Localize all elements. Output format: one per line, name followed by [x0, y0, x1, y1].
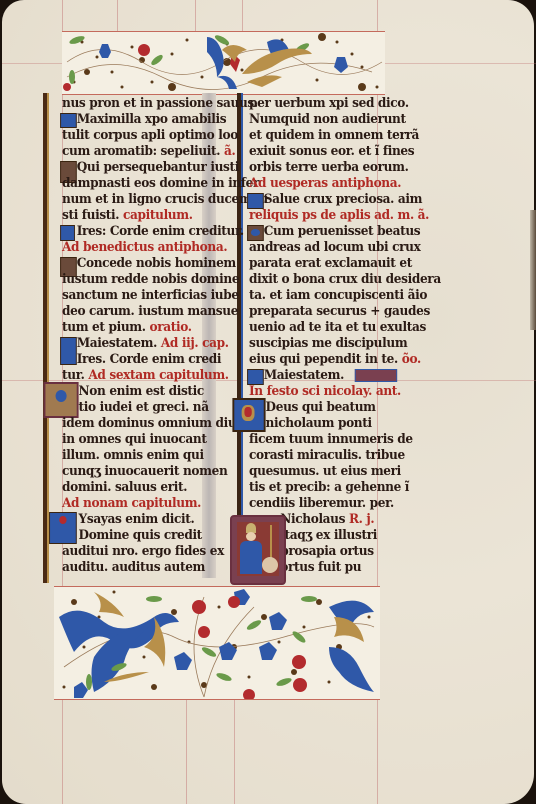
- line-filler: [355, 369, 397, 382]
- text-line: Maiestatem. Ad iij. cap.: [62, 336, 229, 351]
- text-line: tur. Ad sextam capitulum.: [62, 368, 229, 383]
- text-line: cendiis liberemur. per.: [249, 496, 394, 511]
- text-line: nicholaum ponti: [249, 416, 372, 431]
- text-line: Maximilla xpo amabilis: [62, 112, 226, 127]
- text-line: Cum peruenisset beatus: [249, 224, 420, 239]
- text-line: tis et precib: a gehenne ĩ: [249, 480, 409, 495]
- text-line: parata erat exclamauit et: [249, 256, 412, 271]
- historiated-initial-saint-nicholas: [230, 515, 286, 585]
- bishop-robe: [240, 541, 262, 574]
- text-line: illum. omnis enim qui: [62, 448, 204, 463]
- text-line: Ires. Corde enim credi: [62, 352, 221, 367]
- text-line: uenio ad te ita et tu exultas: [249, 320, 426, 335]
- text-line: cunqʒ inuocauerit nomen: [62, 464, 227, 479]
- rubric-line: Ad nonam capitulum.: [62, 496, 201, 511]
- decorated-initial-s: [247, 193, 264, 209]
- decorated-initial-m: [247, 369, 264, 385]
- text-line: Domine quis credit: [62, 528, 202, 543]
- text-line: in omnes qui inuocant: [62, 432, 207, 447]
- text-line: tio iudei et greci. nã: [62, 400, 209, 415]
- text-line: num et in ligno crucis ducem iu: [62, 192, 268, 207]
- text-line: corasti miraculis. tribue: [249, 448, 405, 463]
- bishop-face: [246, 532, 256, 541]
- text-line: idem dominus omnium diues: [62, 416, 250, 431]
- text-line: Ysayas enim dicit.: [62, 512, 194, 527]
- left-column-bar-gold: [47, 93, 49, 583]
- binding-shadow: [530, 210, 536, 330]
- text-line: eius qui pependit in te. õo.: [249, 352, 421, 367]
- text-line: quesumus. ut eius meri: [249, 464, 401, 479]
- ruling-line: [186, 700, 187, 804]
- text-line: ta. et iam concupiscenti ãio: [249, 288, 427, 303]
- left-text-column: nus pron et in passione sauus. Maximilla…: [62, 96, 207, 586]
- text-line: orbis terre uerba eorum.: [249, 160, 408, 175]
- text-line: et quidem in omnem terrã: [249, 128, 419, 143]
- text-line: auditu. auditus autem: [62, 560, 205, 575]
- text-line: Deus qui beatum: [249, 400, 376, 415]
- text-line: Numquid non audierunt: [249, 112, 406, 127]
- text-line: tulit corpus apli optimo loo: [62, 128, 238, 143]
- rubric-line: Ad uesperas antiphona.: [249, 176, 401, 191]
- text-line: auditui nro. ergo fides ex: [62, 544, 224, 559]
- rubric-line: In festo sci nicolay. ant.: [249, 384, 401, 399]
- text-line: exiuit sonus eor. et ĩ fines: [249, 144, 414, 159]
- text-line: andreas ad locum ubi crux: [249, 240, 421, 255]
- right-column-bar-blue: [241, 93, 243, 573]
- decorated-initial-m: [60, 113, 77, 128]
- ruling-line: [234, 700, 235, 804]
- manuscript-folio: nus pron et in passione sauus. Maximilla…: [2, 0, 534, 804]
- rubric-line: reliquis ps de aplis ad. m. ã.: [249, 208, 429, 223]
- decorated-initial-i: [60, 225, 75, 241]
- right-text-column: per uerbum xpi sed dico. Numquid non aud…: [249, 96, 394, 586]
- text-line: per uerbum xpi sed dico.: [249, 96, 409, 111]
- text-line: tum et pium. oratio.: [62, 320, 192, 335]
- text-line: cum aromatib: sepeliuit. ã.: [62, 144, 235, 159]
- text-line: Salue crux preciosa. aim: [249, 192, 422, 207]
- text-line: Concede nobis hominem: [62, 256, 236, 271]
- text-line: nus pron et in passione sauus.: [62, 96, 258, 111]
- floral-border-art: [54, 587, 380, 699]
- decorated-initial-c: [247, 225, 264, 241]
- text-line: iustum redde nobis domine: [62, 272, 239, 287]
- rubric-line: Ad benedictus antiphona.: [62, 240, 227, 255]
- top-floral-border: [62, 31, 385, 95]
- children-tub: [262, 557, 278, 573]
- text-line: Ires: Corde enim creditur.: [62, 224, 244, 239]
- bottom-floral-border: [54, 586, 380, 700]
- text-line: sti fuisti. capitulum.: [62, 208, 193, 223]
- text-line: dampnasti eos domine in infer: [62, 176, 259, 191]
- text-line: Non enim est distic: [62, 384, 204, 399]
- text-line: sanctum ne interficias iube: [62, 288, 239, 303]
- text-line: ficem tuum innumeris de: [249, 432, 413, 447]
- text-line: suscipias me discipulum: [249, 336, 407, 351]
- text-line: dixit o bona crux diu desidera: [249, 272, 441, 287]
- text-line: Qui persequebantur iusti: [62, 160, 239, 175]
- text-line: preparata securus + gaudes: [249, 304, 430, 319]
- text-line: deo carum. iustum mansue: [62, 304, 238, 319]
- text-line: Maiestatem.: [249, 368, 397, 383]
- text-line: domini. saluus erit.: [62, 480, 187, 495]
- floral-border-art: [62, 32, 385, 94]
